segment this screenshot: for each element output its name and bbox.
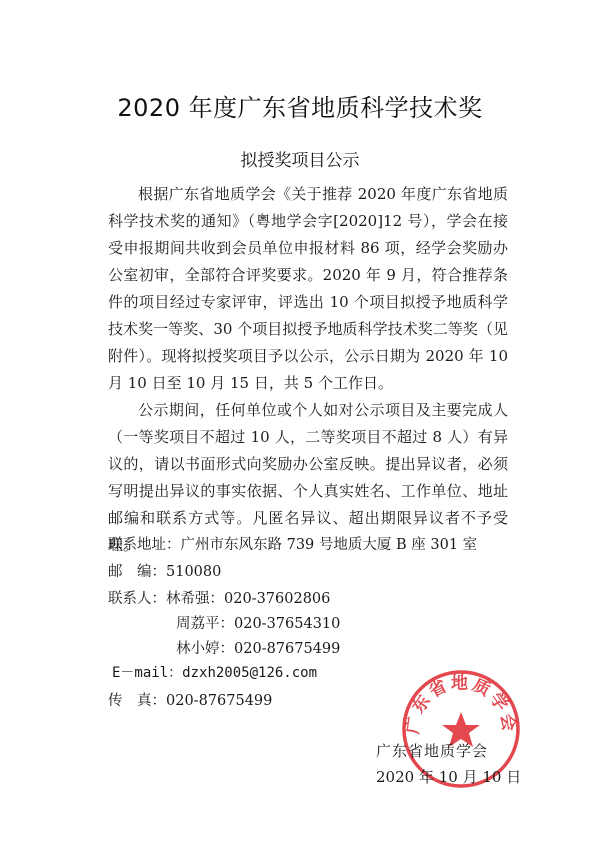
person-name: 周荔平： <box>176 616 234 632</box>
person-phone: 020-37654310 <box>234 616 340 632</box>
contact-address: 联系地址：广州市东风东路 739 号地质大厦 B 座 301 室 <box>108 533 477 554</box>
persons-label: 联系人： <box>108 591 166 607</box>
paragraph-1: 根据广东省地质学会《关于推荐 2020 年度广东省地质科学技术奖的通知》（粤地学… <box>108 181 508 397</box>
address-label: 联系地址： <box>108 537 181 553</box>
fax-value: 020-87675499 <box>166 693 272 709</box>
email-value[interactable]: dzxh2005@126.com <box>182 665 317 681</box>
document-page: 2020 年度广东省地质科学技术奖 拟授奖项目公示 根据广东省地质学会《关于推荐… <box>0 0 600 848</box>
contact-person-1: 联系人：林希强：020-37602806 <box>108 587 330 608</box>
fax-label: 传 真： <box>108 693 166 709</box>
contact-person-3: 林小婷：020-87675499 <box>176 637 340 658</box>
address-value: 广州市东风东路 739 号地质大厦 B 座 301 室 <box>181 537 478 553</box>
email-label: E－mail： <box>112 665 182 681</box>
contact-person-2: 周荔平：020-37654310 <box>176 612 340 633</box>
postcode-label: 邮 编： <box>108 564 166 580</box>
person-phone: 020-37602806 <box>224 591 330 607</box>
postcode-value: 510080 <box>166 564 221 580</box>
contact-fax: 传 真：020-87675499 <box>108 689 272 710</box>
contact-postcode: 邮 编：510080 <box>108 560 221 581</box>
person-name: 林希强： <box>166 591 224 607</box>
document-subtitle: 拟授奖项目公示 <box>0 146 600 171</box>
document-title: 2020 年度广东省地质科学技术奖 <box>0 88 600 123</box>
person-phone: 020-87675499 <box>234 641 340 657</box>
contact-email: E－mail：dzxh2005@126.com <box>112 662 317 682</box>
person-name: 林小婷： <box>176 641 234 657</box>
signature-date: 2020 年 10 月 10 日 <box>376 766 521 787</box>
signature-organization: 广东省地质学会 <box>376 740 488 761</box>
